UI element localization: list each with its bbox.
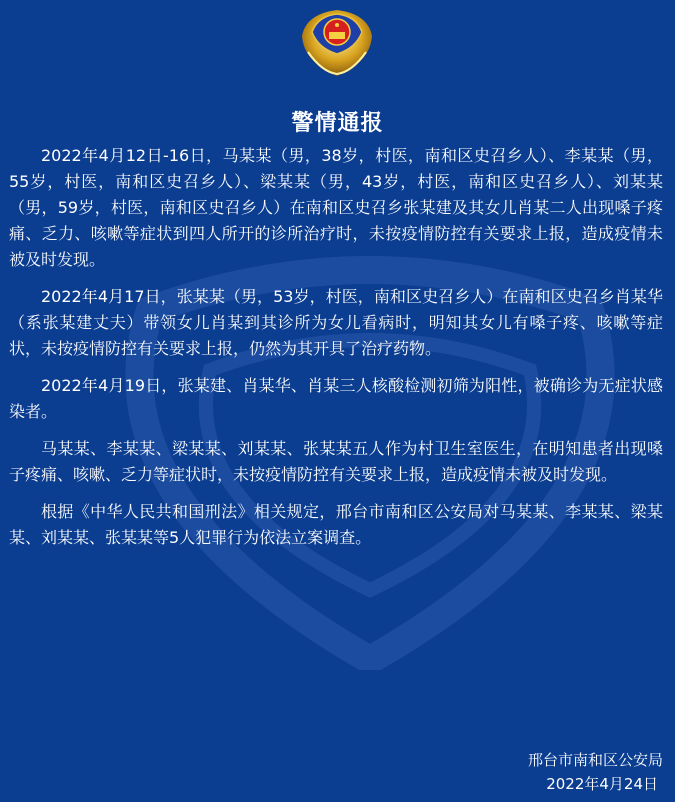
issuer: 邢台市南和区公安局 <box>528 748 663 772</box>
page-title: 警情通报 <box>0 106 675 137</box>
issue-date: 2022年4月24日 <box>528 772 658 796</box>
paragraph-1: 2022年4月12日-16日，马某某（男，38岁，村医，南和区史召乡人）、李某某… <box>9 143 663 273</box>
notice-body: 2022年4月12日-16日，马某某（男，38岁，村医，南和区史召乡人）、李某某… <box>9 143 663 562</box>
signature-block: 邢台市南和区公安局 2022年4月24日 <box>528 748 663 796</box>
police-emblem-icon <box>296 6 378 78</box>
paragraph-3: 2022年4月19日，张某建、肖某华、肖某三人核酸检测初筛为阳性，被确诊为无症状… <box>9 373 663 425</box>
paragraph-2: 2022年4月17日，张某某（男，53岁，村医，南和区史召乡人）在南和区史召乡肖… <box>9 284 663 362</box>
paragraph-4: 马某某、李某某、梁某某、刘某某、张某某五人作为村卫生室医生，在明知患者出现嗓子疼… <box>9 436 663 488</box>
paragraph-5: 根据《中华人民共和国刑法》相关规定，邢台市南和区公安局对马某某、李某某、梁某某、… <box>9 499 663 551</box>
